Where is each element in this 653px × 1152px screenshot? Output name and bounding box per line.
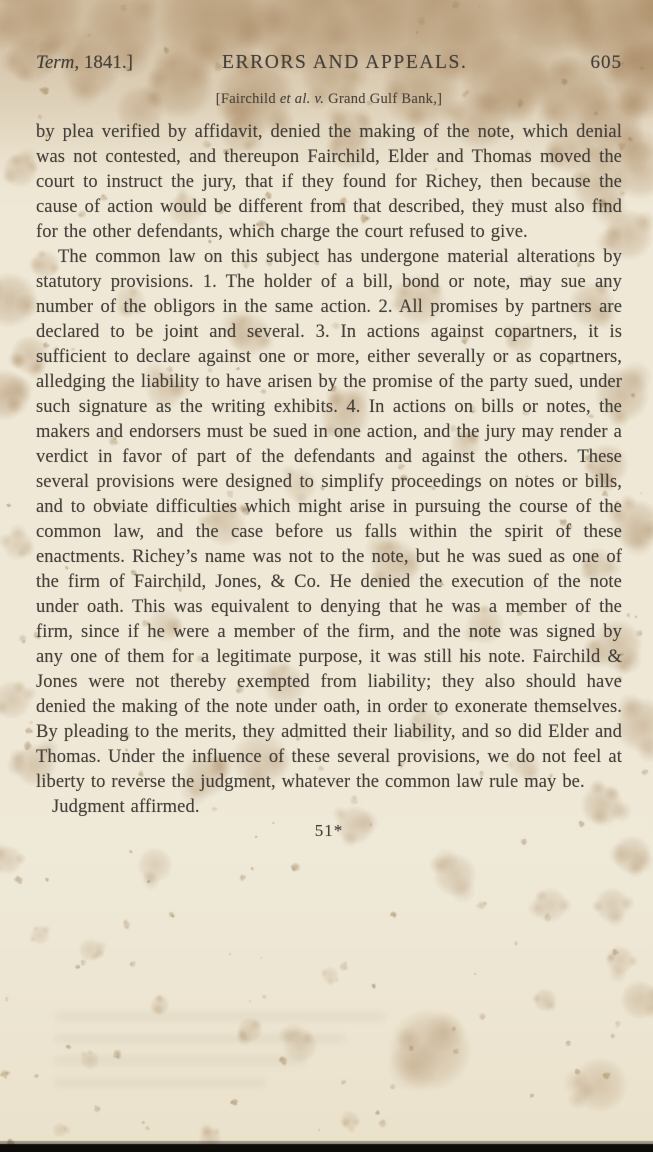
running-head: Term, 1841.] ERRORS AND APPEALS. 605 [36, 52, 622, 74]
caption-et-al: et al. [280, 91, 311, 107]
page-content: Term, 1841.] ERRORS AND APPEALS. 605 [Fa… [36, 52, 622, 841]
term-year: 1841.] [79, 52, 133, 73]
page-title: ERRORS AND APPEALS. [222, 52, 468, 74]
caption-versus: v. [315, 91, 325, 107]
term-word: Term, [36, 52, 79, 73]
opinion-paragraph: The common law on this subject has under… [36, 245, 622, 795]
caption-open: [Fairchild [216, 91, 280, 107]
term-date-label: Term, 1841.] [36, 52, 133, 74]
caption-rest: Grand Gulf Bank,] [324, 91, 442, 107]
judgment-line: Judgment affirmed. [36, 795, 622, 820]
opinion-paragraph-continued: by plea verified by affidavit, denied th… [36, 120, 622, 245]
page-number: 605 [590, 52, 622, 74]
printer-signature-mark: 51* [36, 821, 622, 841]
case-caption: [Fairchild et al. v. Grand Gulf Bank,] [36, 91, 622, 108]
scanned-book-page: Term, 1841.] ERRORS AND APPEALS. 605 [Fa… [0, 0, 653, 1152]
